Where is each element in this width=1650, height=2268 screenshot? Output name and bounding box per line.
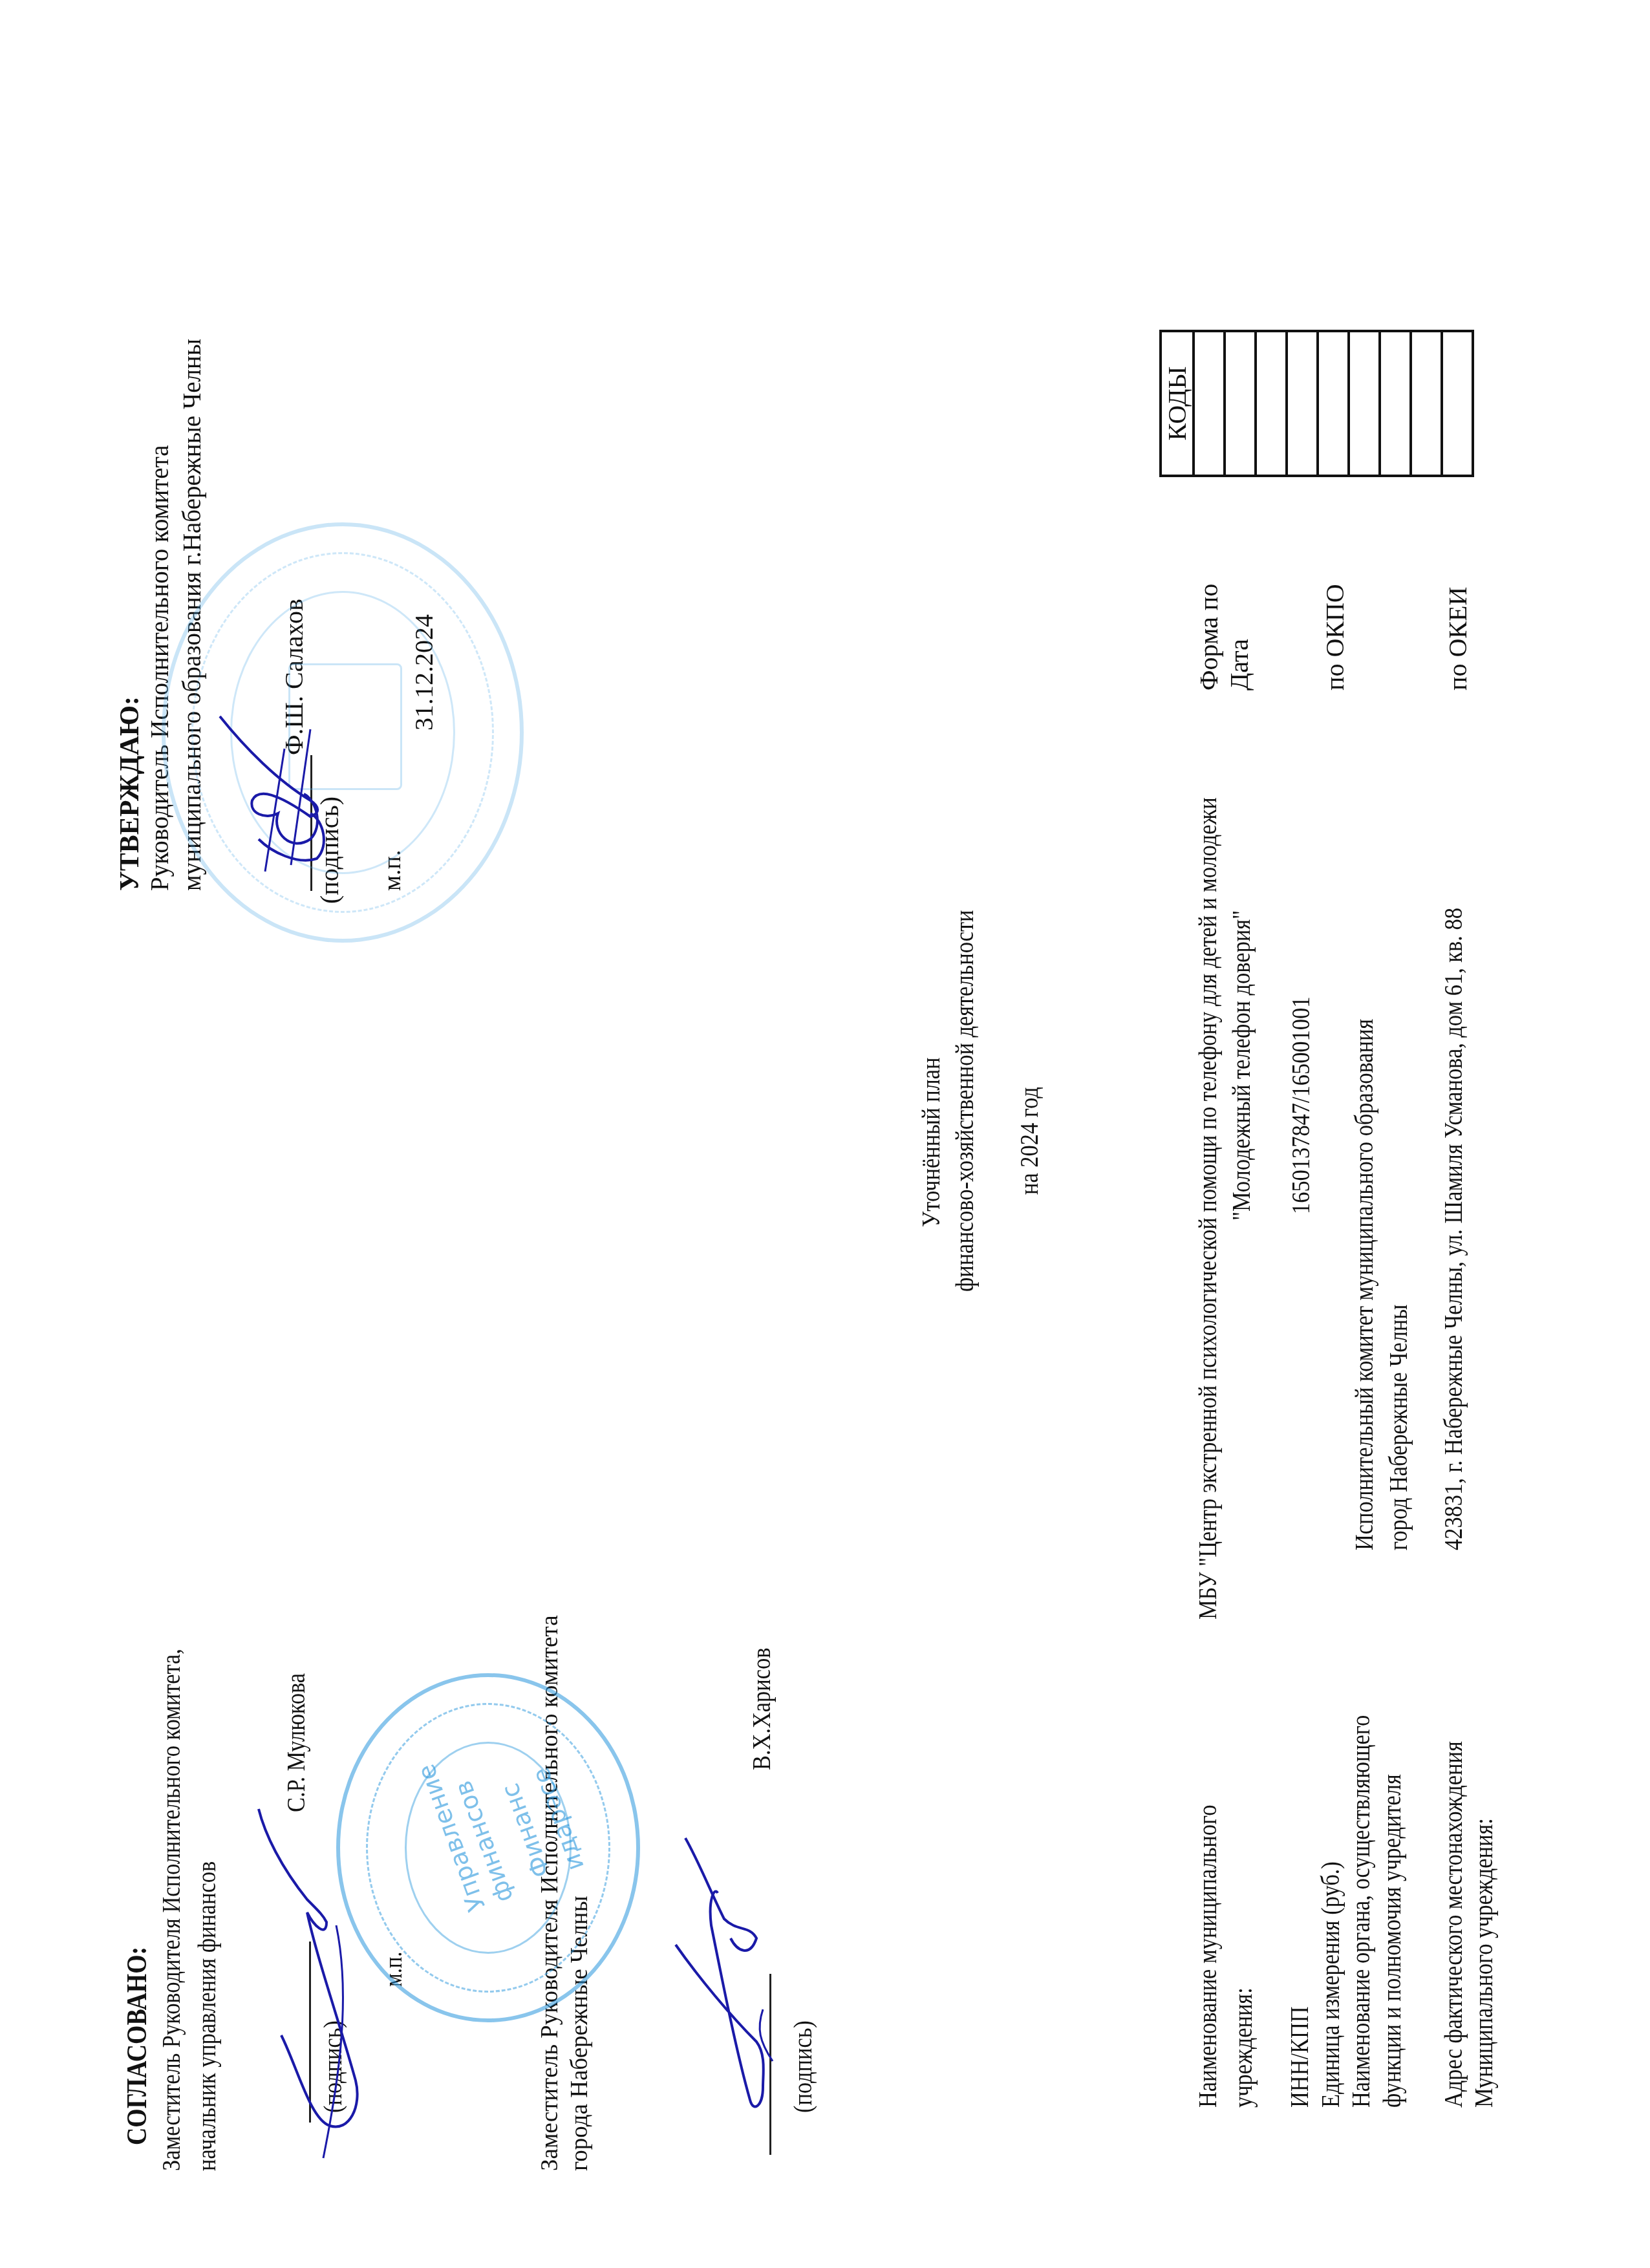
code-label-form: Форма по	[1196, 584, 1222, 690]
code-cell	[1380, 331, 1411, 476]
agreed-signature	[168, 1718, 466, 2171]
inn-kpp-value: 1650137847/165001001	[1288, 997, 1314, 1214]
document-page: СОГЛАСОВАНО: Заместитель Руководителя Ис…	[0, 0, 1650, 2268]
address-label-line1: Адрес фактического местонахождения	[1441, 1741, 1466, 2108]
title-line2: финансово-хозяйственной деятельности	[952, 910, 978, 1292]
approved-heading: УТВЕРЖДАЮ:	[116, 696, 144, 891]
code-label-date: Дата	[1227, 639, 1252, 690]
inn-kpp-label: ИНН/КПП	[1287, 2006, 1312, 2108]
founder-label-line2: функции и полномочия учредителя	[1379, 1774, 1405, 2108]
code-cell	[1194, 331, 1225, 476]
code-cell	[1442, 331, 1473, 476]
address-label-line2: Муниципального учреждения:	[1471, 1818, 1497, 2108]
code-cell	[1411, 331, 1442, 476]
approved-position-line1: Руководитель Исполнительного комитета	[147, 445, 173, 892]
codes-header: КОДЫ	[1161, 331, 1194, 476]
institution-label-line1: Наименование муниципального	[1195, 1805, 1221, 2108]
code-cell	[1287, 331, 1318, 476]
institution-value-line1: МБУ "Центр экстренной психологической по…	[1195, 797, 1221, 1620]
founder-value-line1: Исполнительный комитет муниципального об…	[1351, 1019, 1377, 1550]
title-line1: Уточнённый план	[918, 1058, 944, 1227]
institution-value-line2: "Молодежный телефон доверия"	[1228, 910, 1254, 1221]
code-cell	[1256, 331, 1287, 476]
unit-label: Единица измерения (руб.)	[1318, 1861, 1344, 2108]
founder-label-line1: Наименование органа, осуществляющего	[1348, 1715, 1374, 2108]
institution-label-line2: учреждения:	[1230, 1987, 1256, 2108]
agreed-heading: СОГЛАСОВАНО:	[123, 1947, 151, 2145]
title-line3: на 2024 год	[1016, 1087, 1042, 1195]
codes-table: КОДЫ	[1159, 330, 1474, 477]
code-cell	[1349, 331, 1380, 476]
code-cell	[1318, 331, 1349, 476]
code-cell	[1225, 331, 1256, 476]
second-signature	[601, 1718, 847, 2171]
address-value: 423831, г. Набережные Челны, ул. Шамиля …	[1441, 908, 1466, 1550]
code-label-okpo: по ОКПО	[1322, 584, 1348, 690]
code-label-okei: по ОКЕИ	[1445, 587, 1471, 690]
approved-signature	[181, 639, 349, 910]
founder-value-line2: город Набережные Челны	[1386, 1305, 1411, 1550]
